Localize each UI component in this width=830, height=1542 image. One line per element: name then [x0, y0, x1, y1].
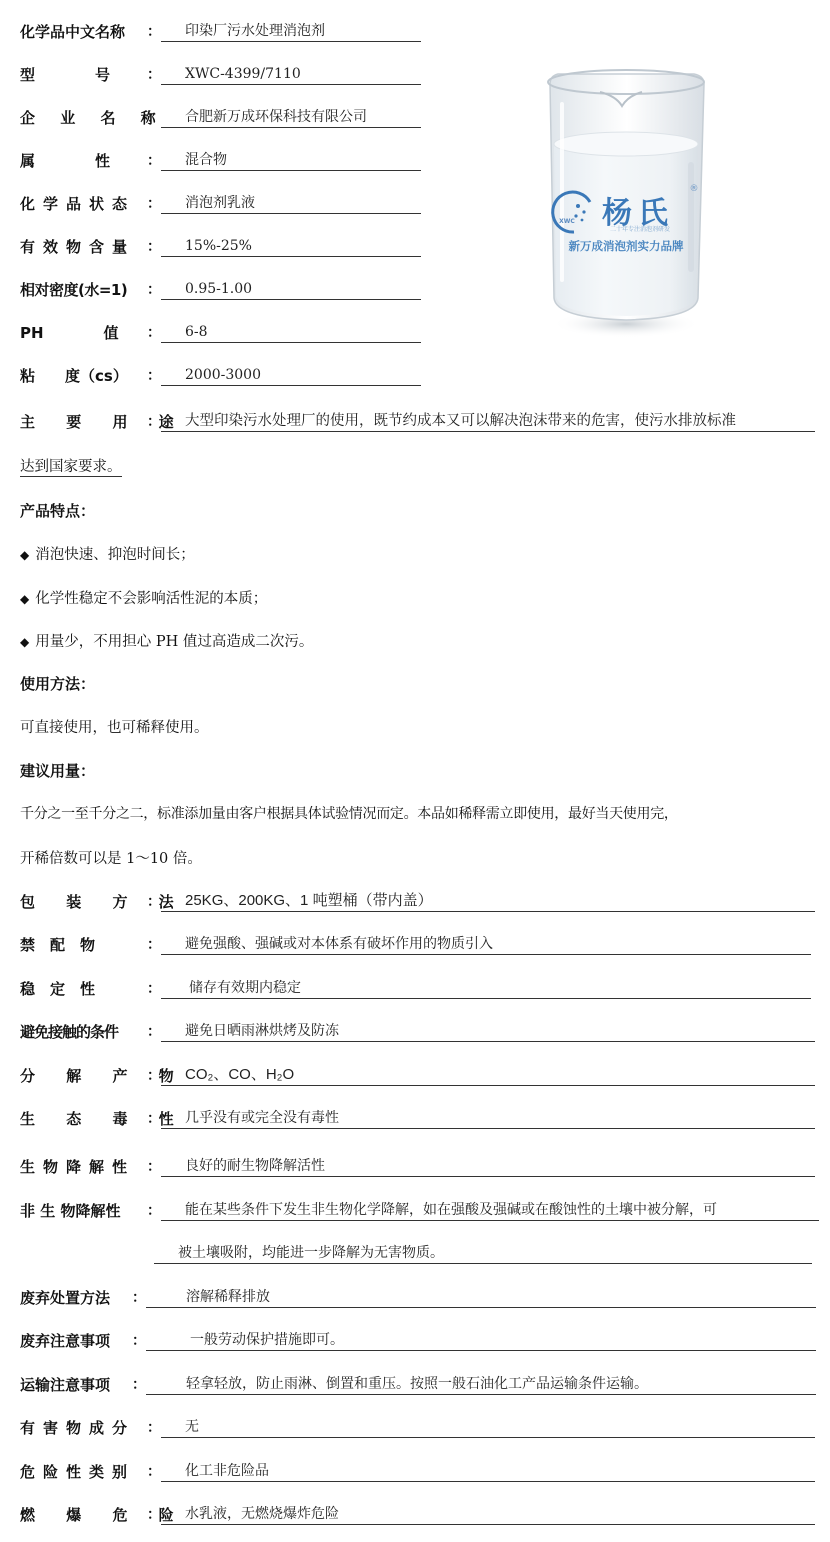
field-value: 0.95-1.00	[161, 280, 421, 300]
field-value: 避免日晒雨淋烘烤及防冻	[161, 1022, 815, 1042]
field-row-state: 化学品状态 ： 消泡剂乳液	[20, 190, 421, 214]
dosage-text-line2: 开稀倍数可以是 1～10 倍。	[20, 847, 202, 868]
field-value: XWC-4399/7110	[161, 65, 421, 85]
field-row-hazard-class: 危险性类别 ： 化工非危险品	[20, 1458, 815, 1482]
feature-item: ◆用量少，不用担心 PH 值过高造成二次污。	[20, 630, 313, 651]
field-value: 印染厂污水处理消泡剂	[161, 22, 421, 42]
features-heading: 产品特点：	[20, 500, 95, 521]
field-value: 6-8	[161, 323, 421, 343]
field-value: 15%-25%	[161, 237, 421, 257]
field-value: 大型印染污水处理厂的使用，既节约成本又可以解决泡沫带来的危害，使污水排放标准	[161, 412, 815, 432]
field-value: 几乎没有或完全没有毒性	[161, 1109, 815, 1129]
field-value: 轻拿轻放，防止雨淋、倒置和重压。按照一般石油化工产品运输条件运输。	[146, 1375, 816, 1395]
field-label: 化学品状态	[20, 194, 147, 214]
usage-heading: 使用方法：	[20, 673, 95, 694]
field-value: 合肥新万成环保科技有限公司	[161, 108, 421, 128]
field-label: 粘 度（cs）	[20, 366, 147, 386]
field-row-main-use: 主 要 用 途 ： 大型印染污水处理厂的使用，既节约成本又可以解决泡沫带来的危害…	[20, 408, 815, 432]
field-row-viscosity: 粘 度（cs） ： 2000-3000	[20, 362, 421, 386]
field-label: 危险性类别	[20, 1462, 147, 1482]
field-value: 化工非危险品	[161, 1462, 815, 1482]
diamond-bullet-icon: ◆	[20, 592, 29, 606]
field-row-company: 企 业 名 称 ： 合肥新万成环保科技有限公司	[20, 104, 421, 128]
field-label: 分 解 产 物	[20, 1066, 147, 1086]
field-label: 避免接触的条件	[20, 1022, 147, 1042]
field-row-active-content: 有效物含量 ： 15%-25%	[20, 233, 421, 257]
diamond-bullet-icon: ◆	[20, 548, 29, 562]
field-row-disposal-method: 废弃处置方法 ： 溶解稀释排放	[20, 1284, 816, 1308]
field-row-ecotoxicity: 生 态 毒 性 ： 几乎没有或完全没有毒性	[20, 1105, 815, 1129]
field-label: 属 性	[20, 151, 147, 171]
field-label: 生 态 毒 性	[20, 1109, 147, 1129]
field-row-fire-explosion-hazard: 燃 爆 危 险 ： 水乳液，无燃烧爆炸危险	[20, 1501, 815, 1525]
field-row-abiotic-degradation-continued: 被土壤吸附，均能进一步降解为无害物质。	[154, 1240, 812, 1264]
product-image: 杨氏 ® XWC 二十年专注消泡剂研发 新万成消泡剂实力品牌	[538, 62, 714, 342]
field-row-avoid-conditions: 避免接触的条件 ： 避免日晒雨淋烘烤及防冻	[20, 1018, 815, 1042]
main-use-continued: 达到国家要求。	[20, 455, 122, 476]
field-value: 无	[161, 1418, 815, 1438]
field-row-hazardous-components: 有害物成分 ： 无	[20, 1414, 815, 1438]
field-row-biodegradability: 生物降解性 ： 良好的耐生物降解活性	[20, 1153, 815, 1177]
field-label: 稳 定 性	[20, 979, 147, 999]
field-row-chinese-name: 化学品中文名称 ： 印染厂污水处理消泡剂	[20, 18, 421, 42]
field-row-ph: PH 值 ： 6-8	[20, 319, 421, 343]
field-value: 溶解稀释排放	[146, 1288, 816, 1308]
field-row-decomposition: 分 解 产 物 ： CO₂、CO、H₂O	[20, 1062, 815, 1086]
field-value: 混合物	[161, 151, 421, 171]
usage-text: 可直接使用，也可稀释使用。	[20, 716, 209, 737]
field-label: 非 生 物降解性	[20, 1201, 147, 1221]
field-label: 运输注意事项	[20, 1375, 132, 1395]
diamond-bullet-icon: ◆	[20, 635, 29, 649]
field-label: 废弃注意事项	[20, 1331, 132, 1351]
field-label: 化学品中文名称	[20, 22, 147, 42]
field-value: CO₂、CO、H₂O	[161, 1066, 815, 1086]
field-label: 企 业 名 称	[20, 108, 147, 128]
field-value: 储存有效期内稳定	[161, 979, 811, 999]
field-label: 废弃处置方法	[20, 1288, 132, 1308]
field-value: 水乳液，无燃烧爆炸危险	[161, 1505, 815, 1525]
field-value: 良好的耐生物降解活性	[161, 1157, 815, 1177]
field-row-stability: 稳 定 性 ： 储存有效期内稳定	[20, 975, 811, 999]
field-value: 避免强酸、强碱或对本体系有破坏作用的物质引入	[161, 935, 811, 955]
brand-slogan: 新万成消泡剂实力品牌	[538, 238, 714, 254]
field-value: 2000-3000	[161, 366, 421, 386]
field-row-packaging: 包 装 方 法 ： 25KG、200KG、1 吨塑桶（带内盖）	[20, 888, 815, 912]
field-label: 生物降解性	[20, 1157, 147, 1177]
field-label: PH 值	[20, 323, 147, 343]
field-label: 禁 配 物	[20, 935, 147, 955]
field-row-abiotic-degradation: 非 生 物降解性 ： 能在某些条件下发生非生物化学降解，如在强酸及强碱或在酸蚀性…	[20, 1197, 819, 1221]
field-label: 型 号	[20, 65, 147, 85]
dosage-heading: 建议用量：	[20, 760, 95, 781]
field-row-property: 属 性 ： 混合物	[20, 147, 421, 171]
field-value: 消泡剂乳液	[161, 194, 421, 214]
field-label: 燃 爆 危 险	[20, 1505, 147, 1525]
field-value: 能在某些条件下发生非生物化学降解，如在强酸及强碱或在酸蚀性的土壤中被分解，可	[161, 1201, 819, 1221]
field-value: 一般劳动保护措施即可。	[146, 1331, 816, 1351]
field-label: 相对密度(水=1)	[20, 280, 147, 300]
field-label: 有害物成分	[20, 1418, 147, 1438]
field-row-model: 型 号 ： XWC-4399/7110	[20, 61, 421, 85]
feature-item: ◆化学性稳定不会影响活性泥的本质；	[20, 587, 267, 608]
field-row-transport-notes: 运输注意事项 ： 轻拿轻放，防止雨淋、倒置和重压。按照一般石油化工产品运输条件运…	[20, 1371, 816, 1395]
field-label: 主 要 用 途	[20, 412, 147, 432]
field-label: 有效物含量	[20, 237, 147, 257]
field-label: 包 装 方 法	[20, 892, 147, 912]
field-row-disposal-notes: 废弃注意事项 ： 一般劳动保护措施即可。	[20, 1327, 816, 1351]
field-row-density: 相对密度(水=1) ： 0.95-1.00	[20, 276, 421, 300]
field-value: 被土壤吸附，均能进一步降解为无害物质。	[154, 1244, 812, 1264]
brand-subtitle: 二十年专注消泡剂研发	[538, 224, 714, 233]
feature-item: ◆消泡快速、抑泡时间长；	[20, 543, 195, 564]
dosage-text-line1: 千分之一至千分之二，标准添加量由客户根据具体试验情况而定。本品如稀释需立即使用，…	[20, 803, 678, 823]
registered-mark: ®	[688, 184, 700, 194]
field-row-incompatible: 禁 配 物 ： 避免强酸、强碱或对本体系有破坏作用的物质引入	[20, 931, 811, 955]
field-value: 25KG、200KG、1 吨塑桶（带内盖）	[161, 892, 815, 912]
